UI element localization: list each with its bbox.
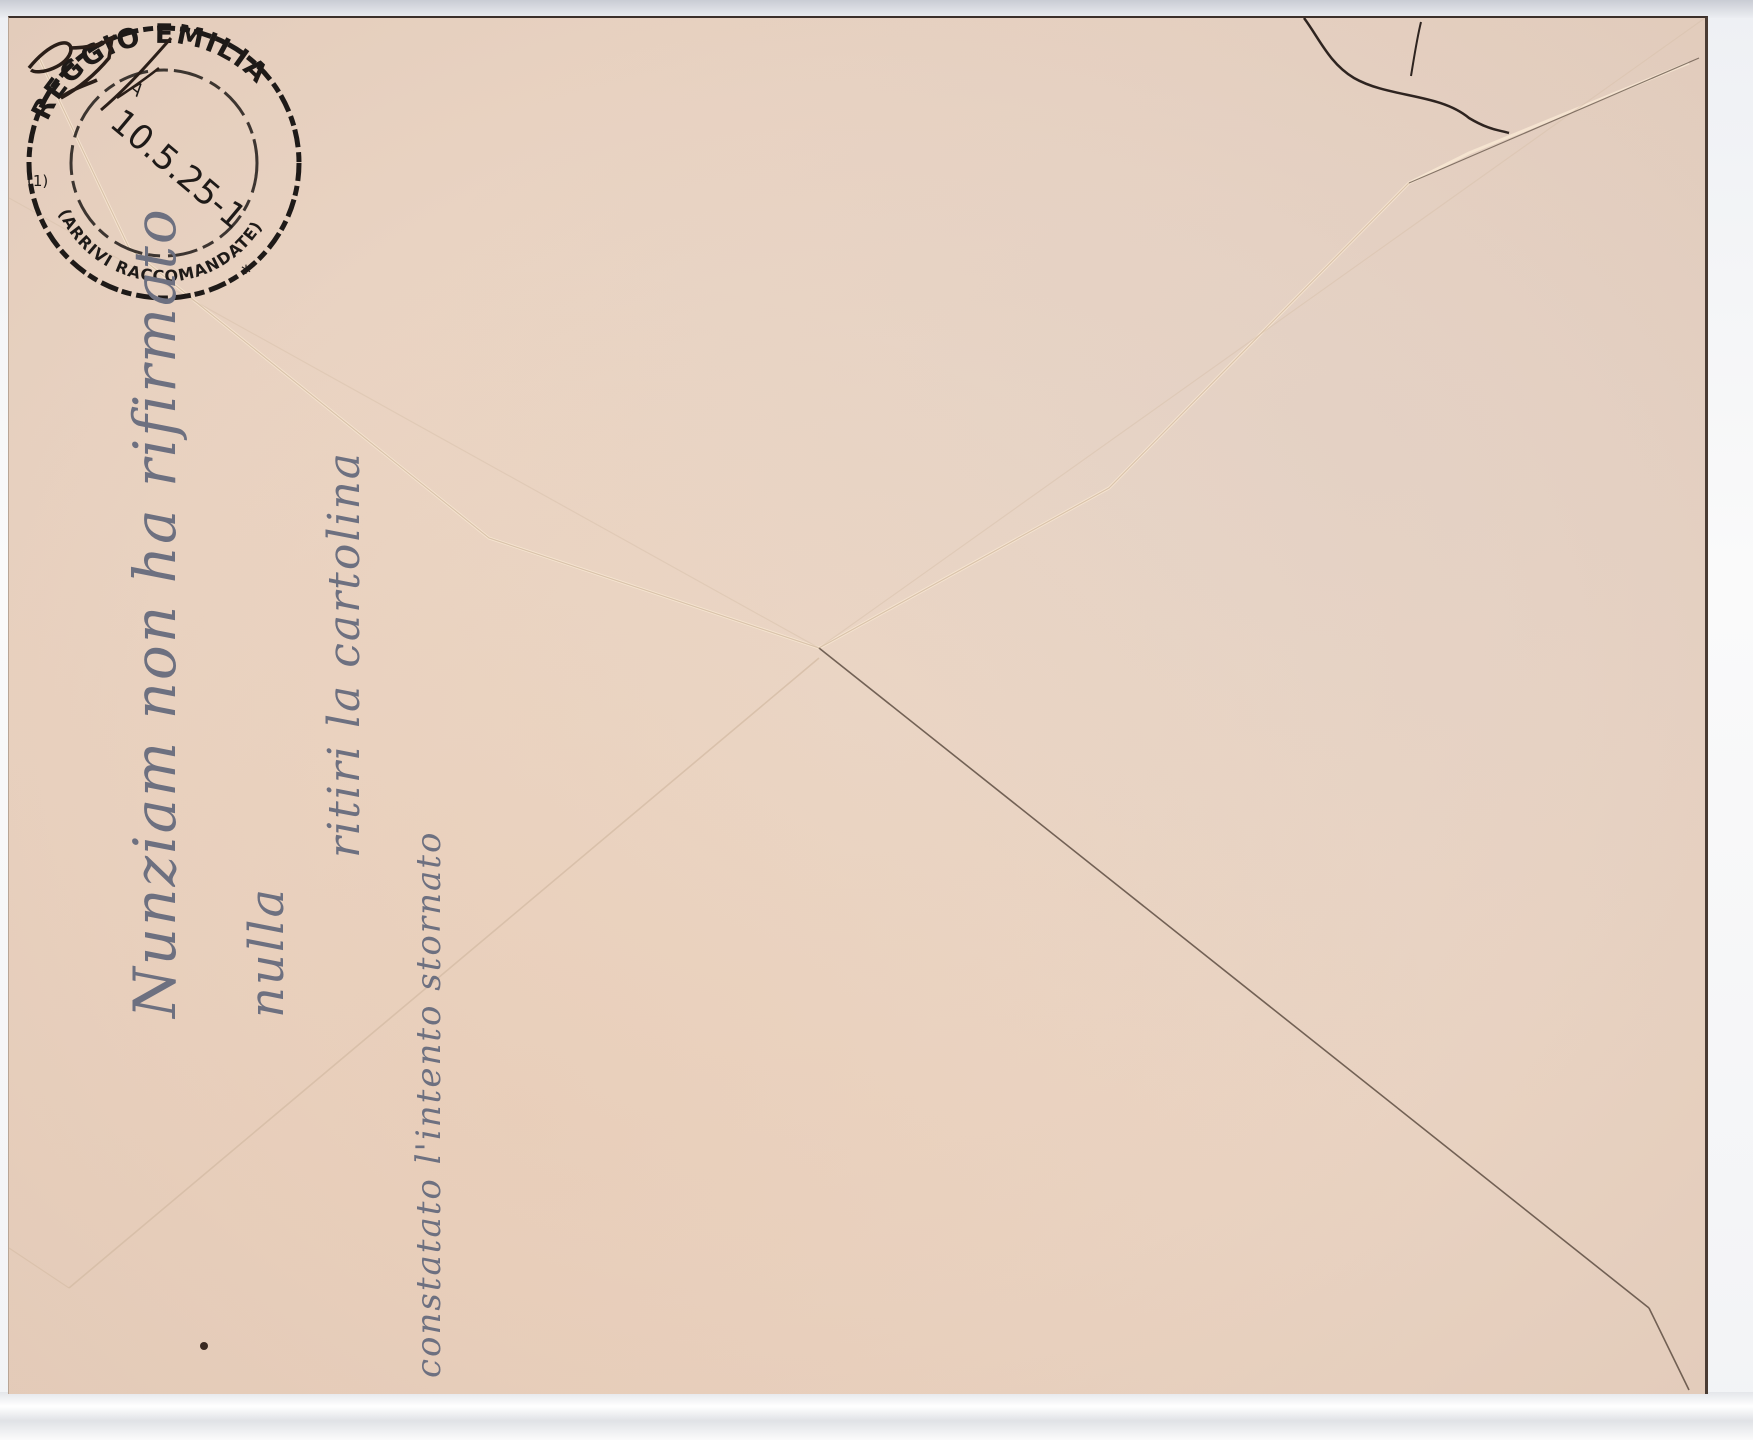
ink-number-mark: [9, 18, 189, 128]
postmark-side-mark: (1): [27, 172, 48, 190]
pencil-note-line-3: ritiri la cartolina: [319, 451, 370, 858]
envelope-back: REGGIO EMILIA (ARRIVI RACCOMANDATE) 10.5…: [8, 16, 1708, 1394]
pencil-note-line-4: constatato l'intento stornato: [409, 831, 449, 1378]
postmark-star: *: [241, 261, 251, 285]
sleeve-bottom-edge: [0, 1392, 1753, 1440]
pencil-note-line-2: nulla: [239, 887, 295, 1018]
ink-dot: [200, 1342, 208, 1350]
pencil-note-line-1: Nunziam non ha rifirmato: [121, 207, 189, 1018]
